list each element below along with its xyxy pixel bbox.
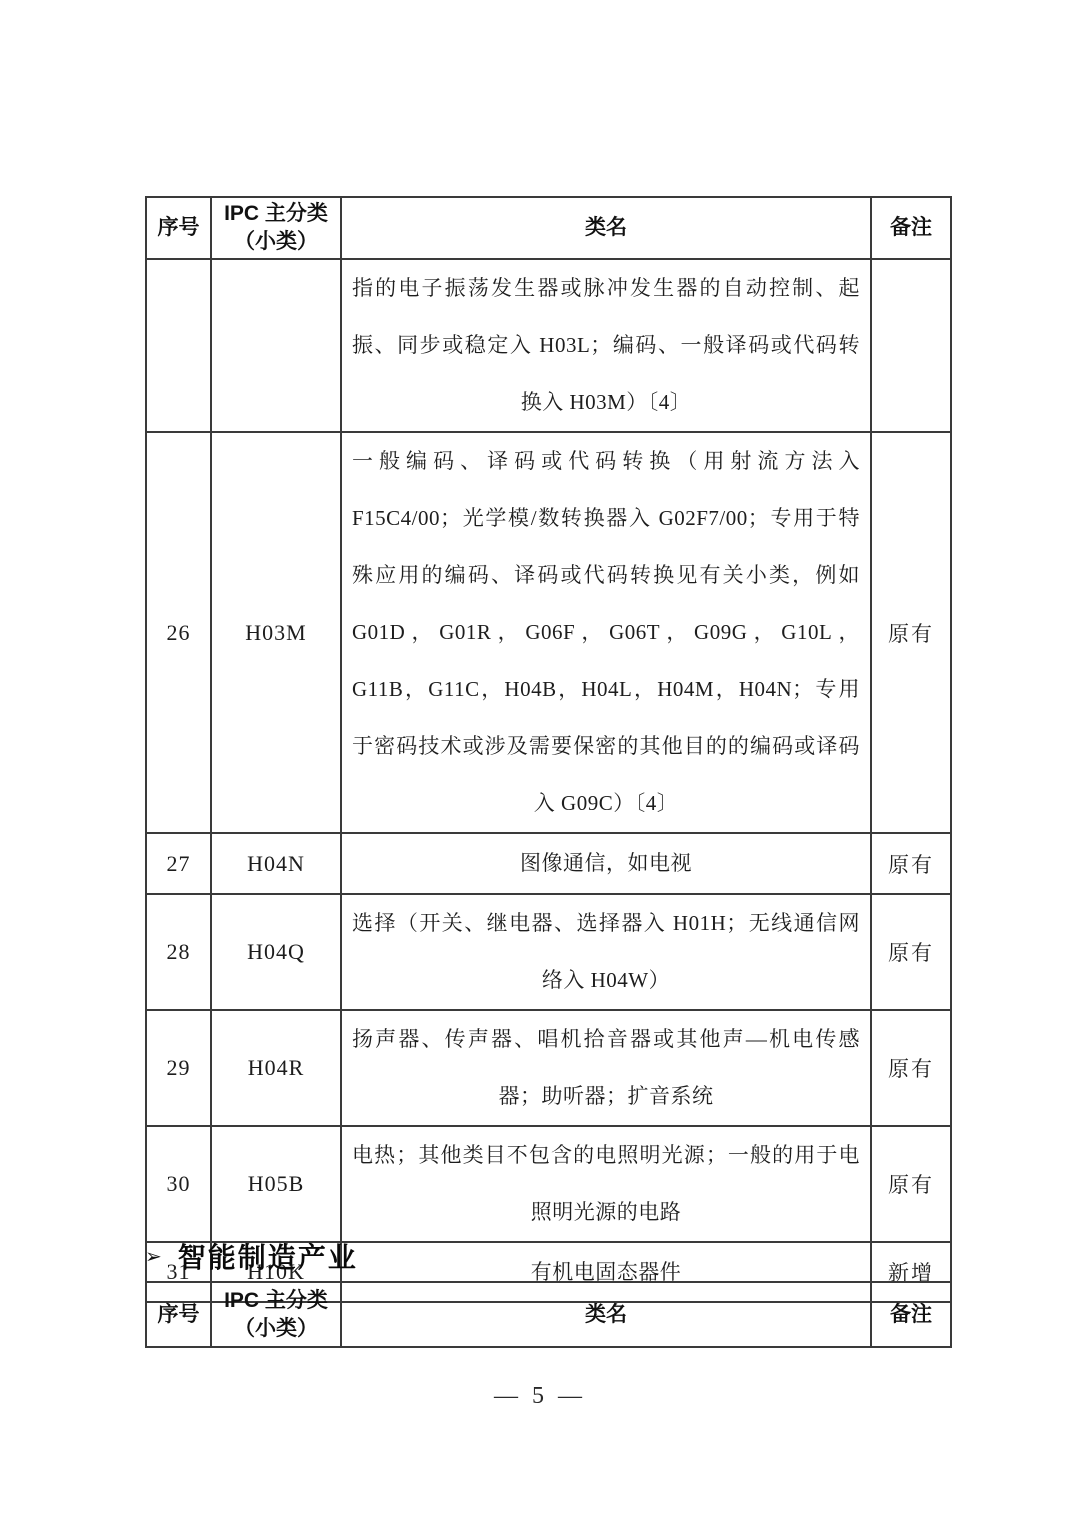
row-remark-cell xyxy=(871,259,951,432)
header-col-no: 序号 xyxy=(146,1282,211,1347)
header-col-ipc-line2: （小类） xyxy=(212,228,340,256)
row-no-cell: 30 xyxy=(146,1126,211,1242)
row-no-cell: 26 xyxy=(146,432,211,833)
row-name-cell: 指的电子振荡发生器或脉冲发生器的自动控制、起振、同步或稳定入 H03L；编码、一… xyxy=(341,259,871,432)
header-col-ipc-line2: （小类） xyxy=(212,1315,340,1343)
header-col-remark: 备注 xyxy=(871,197,951,259)
header-col-ipc: IPC 主分类 （小类） xyxy=(211,1282,341,1347)
header-col-name: 类名 xyxy=(341,1282,871,1347)
header-col-no: 序号 xyxy=(146,197,211,259)
row-ipc-cell: H04R xyxy=(211,1010,341,1126)
row-no-cell: 29 xyxy=(146,1010,211,1126)
table-row: 27 H04N 图像通信，如电视 原有 xyxy=(146,833,951,894)
table-row: 指的电子振荡发生器或脉冲发生器的自动控制、起振、同步或稳定入 H03L；编码、一… xyxy=(146,259,951,432)
row-remark-cell: 原有 xyxy=(871,894,951,1010)
page-number: — 5 — xyxy=(0,1383,1080,1410)
table-row: 26 H03M 一般编码、译码或代码转换（用射流方法入 F15C4/00；光学模… xyxy=(146,432,951,833)
row-ipc-cell: H04Q xyxy=(211,894,341,1010)
header-col-ipc-line1: IPC 主分类 xyxy=(212,200,340,228)
row-name-cell: 图像通信，如电视 xyxy=(341,833,871,894)
next-section-table: 序号 IPC 主分类 （小类） 类名 备注 xyxy=(145,1281,952,1348)
row-name-cell: 一般编码、译码或代码转换（用射流方法入 F15C4/00；光学模/数转换器入 G… xyxy=(341,432,871,833)
section-header: ➢ 智能制造产业 xyxy=(145,1236,358,1276)
row-remark-cell: 原有 xyxy=(871,1010,951,1126)
header-col-ipc: IPC 主分类 （小类） xyxy=(211,197,341,259)
row-name-cell: 扬声器、传声器、唱机拾音器或其他声—机电传感器；助听器；扩音系统 xyxy=(341,1010,871,1126)
header-col-name: 类名 xyxy=(341,197,871,259)
section-title: 智能制造产业 xyxy=(178,1236,358,1276)
row-remark-cell: 原有 xyxy=(871,833,951,894)
row-no-cell xyxy=(146,259,211,432)
table-row: 30 H05B 电热；其他类目不包含的电照明光源；一般的用于电照明光源的电路 原… xyxy=(146,1126,951,1242)
document-page: 序号 IPC 主分类 （小类） 类名 备注 指的电子振荡发生器或脉冲发生器的自动… xyxy=(0,0,1080,1528)
table-row: 28 H04Q 选择（开关、继电器、选择器入 H01H；无线通信网络入 H04W… xyxy=(146,894,951,1010)
row-name-cell: 选择（开关、继电器、选择器入 H01H；无线通信网络入 H04W） xyxy=(341,894,871,1010)
header-col-remark: 备注 xyxy=(871,1282,951,1347)
row-no-cell: 27 xyxy=(146,833,211,894)
row-no-cell: 28 xyxy=(146,894,211,1010)
arrowhead-bullet-icon: ➢ xyxy=(145,1246,162,1266)
ipc-classification-table: 序号 IPC 主分类 （小类） 类名 备注 指的电子振荡发生器或脉冲发生器的自动… xyxy=(145,196,952,1303)
table-row: 29 H04R 扬声器、传声器、唱机拾音器或其他声—机电传感器；助听器；扩音系统… xyxy=(146,1010,951,1126)
row-remark-cell: 原有 xyxy=(871,432,951,833)
header-col-ipc-line1: IPC 主分类 xyxy=(212,1287,340,1315)
row-ipc-cell: H04N xyxy=(211,833,341,894)
row-remark-cell: 原有 xyxy=(871,1126,951,1242)
table-header-row: 序号 IPC 主分类 （小类） 类名 备注 xyxy=(146,1282,951,1347)
row-ipc-cell xyxy=(211,259,341,432)
row-ipc-cell: H05B xyxy=(211,1126,341,1242)
table-header-row: 序号 IPC 主分类 （小类） 类名 备注 xyxy=(146,197,951,259)
row-name-cell: 电热；其他类目不包含的电照明光源；一般的用于电照明光源的电路 xyxy=(341,1126,871,1242)
row-ipc-cell: H03M xyxy=(211,432,341,833)
